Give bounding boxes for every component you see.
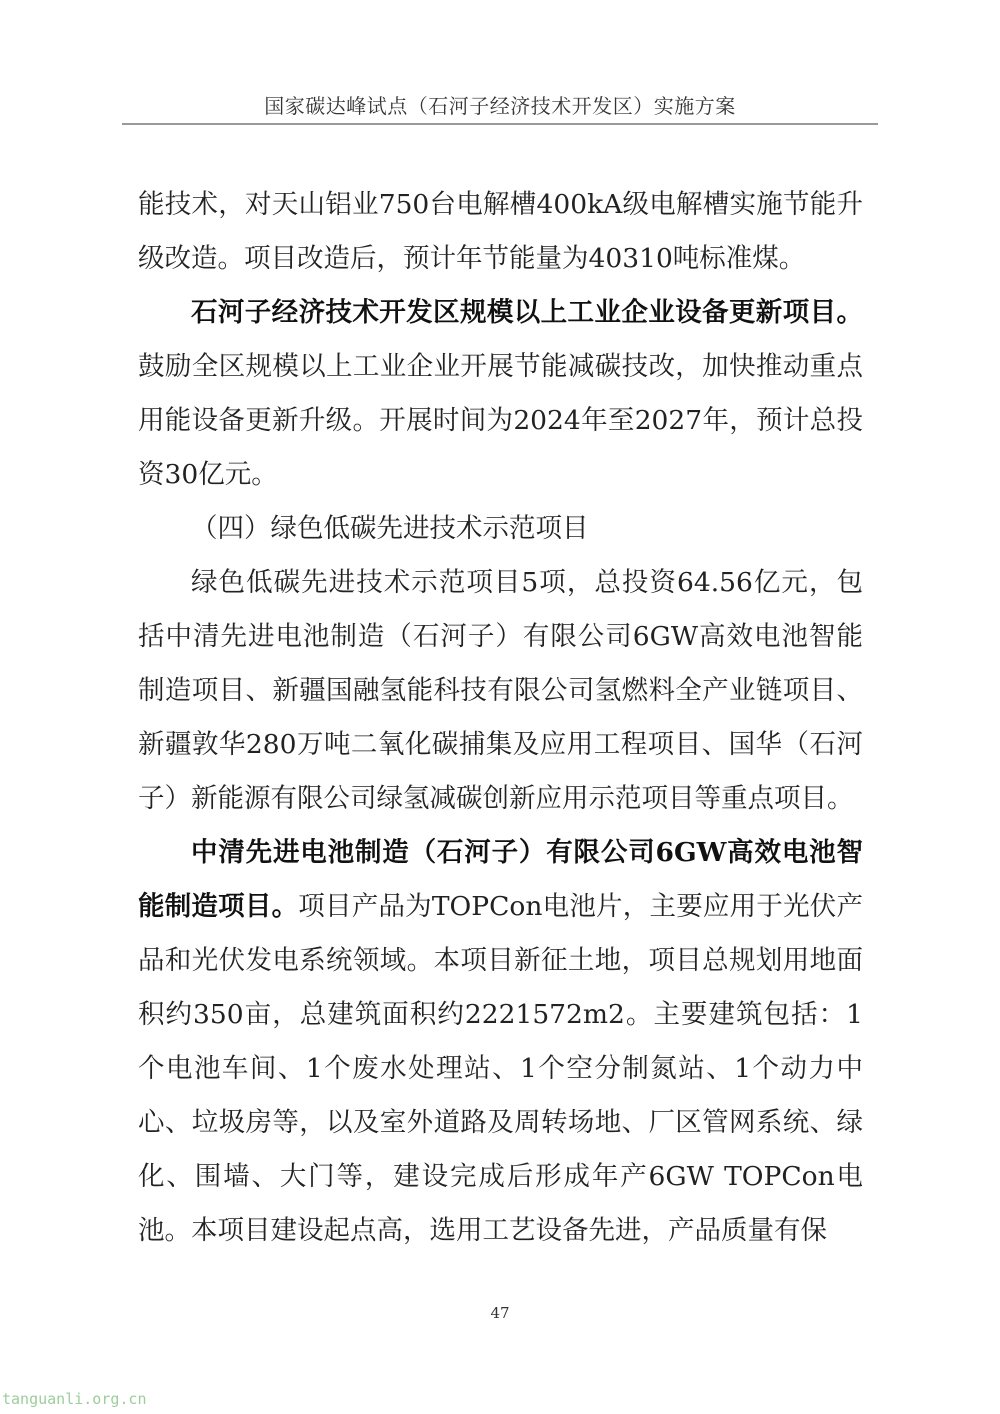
- paragraph-text: 项目产品为TOPCon电池片，主要应用于光伏产品和光伏发电系统领域。本项目新征土…: [138, 891, 863, 1246]
- paragraph-text: 鼓励全区规模以上工业企业开展节能减碳技改，加快推动重点用能设备更新升级。开展时间…: [138, 351, 863, 490]
- paragraph-text: 能技术，对天山铝业750台电解槽400kA级电解槽实施节能升级改造。项目改造后，…: [138, 189, 863, 274]
- page-number: 47: [0, 1304, 1000, 1322]
- header-divider: [122, 123, 878, 125]
- paragraph-demo-projects: 绿色低碳先进技术示范项目5项，总投资64.56亿元，包括中清先进电池制造（石河子…: [138, 556, 863, 826]
- paragraph-equipment-update: 石河子经济技术开发区规模以上工业企业设备更新项目。鼓励全区规模以上工业企业开展节…: [138, 286, 863, 502]
- section-heading-text: （四）绿色低碳先进技术示范项目: [191, 513, 589, 544]
- document-body: 能技术，对天山铝业750台电解槽400kA级电解槽实施节能升级改造。项目改造后，…: [138, 178, 863, 1258]
- section-heading: （四）绿色低碳先进技术示范项目: [138, 502, 863, 556]
- watermark: tanguanli.org.cn: [2, 1390, 147, 1408]
- paragraph-text: 绿色低碳先进技术示范项目5项，总投资64.56亿元，包括中清先进电池制造（石河子…: [138, 567, 863, 814]
- paragraph-continuation: 能技术，对天山铝业750台电解槽400kA级电解槽实施节能升级改造。项目改造后，…: [138, 178, 863, 286]
- paragraph-bold-lead: 石河子经济技术开发区规模以上工业企业设备更新项目。: [191, 297, 863, 328]
- running-header: 国家碳达峰试点（石河子经济技术开发区）实施方案: [0, 90, 1000, 119]
- paragraph-battery-project: 中清先进电池制造（石河子）有限公司6GW高效电池智能制造项目。项目产品为TOPC…: [138, 826, 863, 1258]
